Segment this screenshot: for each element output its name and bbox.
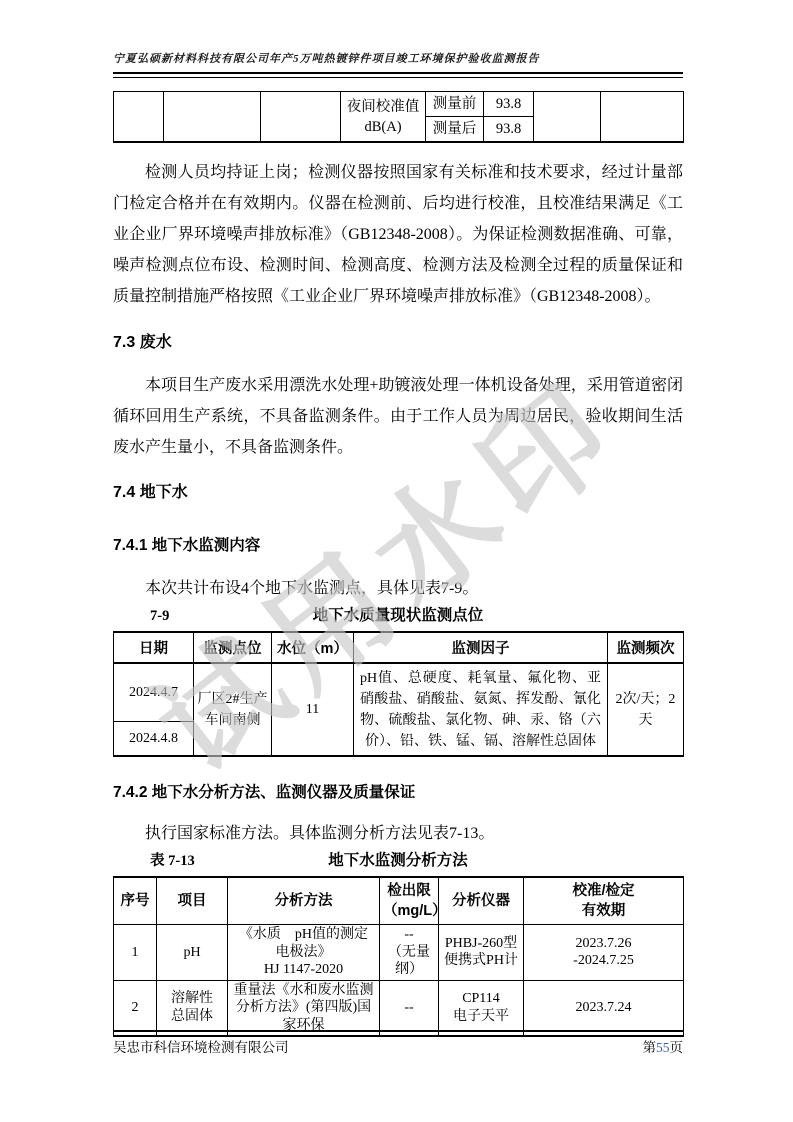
validity-cell: 2023.7.26 -2024.7.25 — [524, 925, 684, 981]
table-row: 夜间校准值 dB(A) 测量前 93.8 — [114, 92, 684, 117]
col-header-validity: 校准/检定 有效期 — [524, 877, 684, 925]
col-header-date: 日期 — [114, 632, 194, 663]
page-footer: 吴忠市科信环境检测有限公司 第55页 — [113, 1030, 683, 1056]
method-cell: 重量法《水和废水监测分析方法》(第四版)国家环保 — [228, 980, 380, 1036]
page-content: 宁夏弘硕新材料科技有限公司年产5万吨热镀锌件项目竣工环境保护验收监测报告 夜间校… — [0, 0, 793, 1037]
page-number-suffix: 页 — [670, 1040, 684, 1055]
measure-value-cell: 93.8 — [484, 92, 534, 117]
paragraph-qa-noise: 检测人员均持证上岗；检测仪器按照国家有关标准和技术要求，经过计量部门检定合格并在… — [113, 157, 683, 312]
page-number-prefix: 第 — [643, 1040, 657, 1055]
header-double-rule — [113, 72, 683, 78]
item-cell: 溶解性 总固体 — [157, 980, 228, 1036]
paragraph-analysis-methods: 执行国家标准方法。具体监测分析方法见表7-13。 — [113, 818, 683, 849]
table-row: 1 pH 《水质 pH值的测定 电极法》 HJ 1147-2020 -- （无量… — [114, 925, 684, 981]
limit-cell: -- （无量纲） — [380, 925, 439, 981]
section-heading-7-4: 7.4 地下水 — [113, 482, 683, 504]
groundwater-points-table: 日期 监测点位 水位（m） 监测因子 监测频次 2024.4.7 厂区2#生产车… — [113, 631, 684, 757]
empty-cell — [601, 92, 684, 143]
water-level-cell: 11 — [272, 663, 354, 756]
table-7-9-caption-title: 地下水质量现状监测点位 — [113, 604, 683, 628]
col-header-detection-limit: 检出限 （mg/L） — [380, 877, 439, 925]
table-header-row: 序号 项目 分析方法 检出限 （mg/L） 分析仪器 校准/检定 有效期 — [114, 877, 684, 925]
table-row: 2 溶解性 总固体 重量法《水和废水监测分析方法》(第四版)国家环保 -- CP… — [114, 980, 684, 1036]
empty-cell — [114, 92, 164, 143]
report-header-title: 宁夏弘硕新材料科技有限公司年产5万吨热镀锌件项目竣工环境保护验收监测报告 — [113, 0, 683, 66]
document-page: 试用水印 宁夏弘硕新材料科技有限公司年产5万吨热镀锌件项目竣工环境保护验收监测报… — [0, 0, 793, 1122]
date-cell: 2024.4.7 — [114, 663, 194, 722]
measure-label-cell: 测量前 — [426, 92, 484, 117]
measure-label-cell: 测量后 — [426, 117, 484, 143]
col-header-point: 监测点位 — [194, 632, 272, 663]
method-cell: 《水质 pH值的测定 电极法》 HJ 1147-2020 — [228, 925, 380, 981]
col-header-instrument: 分析仪器 — [439, 877, 524, 925]
date-cell: 2024.4.8 — [114, 722, 194, 757]
footer-page-number: 第55页 — [643, 1036, 684, 1056]
table-7-13-caption: 表 7-13 地下水监测分析方法 — [113, 849, 683, 873]
col-header-item: 项目 — [157, 877, 228, 925]
measure-value-cell: 93.8 — [484, 117, 534, 143]
table-row: 2024.4.7 厂区2#生产车间南侧 11 pH值、总硬度、耗氧量、氟化物、亚… — [114, 663, 684, 722]
footer-company: 吴忠市科信环境检测有限公司 — [113, 1036, 289, 1056]
section-heading-7-4-2: 7.4.2 地下水分析方法、监测仪器及质量保证 — [113, 782, 683, 804]
table-header-row: 日期 监测点位 水位（m） 监测因子 监测频次 — [114, 632, 684, 663]
noise-calibration-table-fragment: 夜间校准值 dB(A) 测量前 93.8 测量后 93.8 — [113, 91, 684, 143]
col-header-frequency: 监测频次 — [608, 632, 684, 663]
no-cell: 2 — [114, 980, 157, 1036]
col-header-factors: 监测因子 — [354, 632, 608, 663]
frequency-cell: 2次/天；2天 — [608, 663, 684, 756]
page-number-value: 55 — [656, 1040, 670, 1055]
table-7-13-caption-label: 表 7-13 — [150, 849, 195, 873]
empty-cell — [164, 92, 261, 143]
validity-cell: 2023.7.24 — [524, 980, 684, 1036]
section-heading-7-4-1: 7.4.1 地下水监测内容 — [113, 535, 683, 557]
empty-cell — [261, 92, 341, 143]
factors-cell: pH值、总硬度、耗氧量、氟化物、亚硝酸盐、硝酸盐、氨氮、挥发酚、氰化物、硫酸盐、… — [354, 663, 608, 756]
parameter-cell: 夜间校准值 dB(A) — [341, 92, 426, 143]
analysis-methods-table: 序号 项目 分析方法 检出限 （mg/L） 分析仪器 校准/检定 有效期 1 p… — [113, 876, 684, 1037]
instrument-cell: CP114 电子天平 — [439, 980, 524, 1036]
table-7-13-caption-title: 地下水监测分析方法 — [113, 849, 683, 873]
limit-cell: -- — [380, 980, 439, 1036]
paragraph-groundwater-points: 本次共计布设4个地下水监测点，具体见表7-9。 — [113, 573, 683, 604]
paragraph-wastewater: 本项目生产废水采用漂洗水处理+助镀液处理一体机设备处理，采用管道密闭循环回用生产… — [113, 370, 683, 463]
table-7-9-caption: 7-9 地下水质量现状监测点位 — [113, 604, 683, 628]
instrument-cell: PHBJ-260型便携式PH计 — [439, 925, 524, 981]
empty-cell — [534, 92, 601, 143]
section-heading-7-3: 7.3 废水 — [113, 332, 683, 354]
col-header-method: 分析方法 — [228, 877, 380, 925]
table-7-9-caption-label: 7-9 — [150, 604, 169, 628]
item-cell: pH — [157, 925, 228, 981]
col-header-no: 序号 — [114, 877, 157, 925]
point-cell: 厂区2#生产车间南侧 — [194, 663, 272, 756]
col-header-water-level: 水位（m） — [272, 632, 354, 663]
no-cell: 1 — [114, 925, 157, 981]
